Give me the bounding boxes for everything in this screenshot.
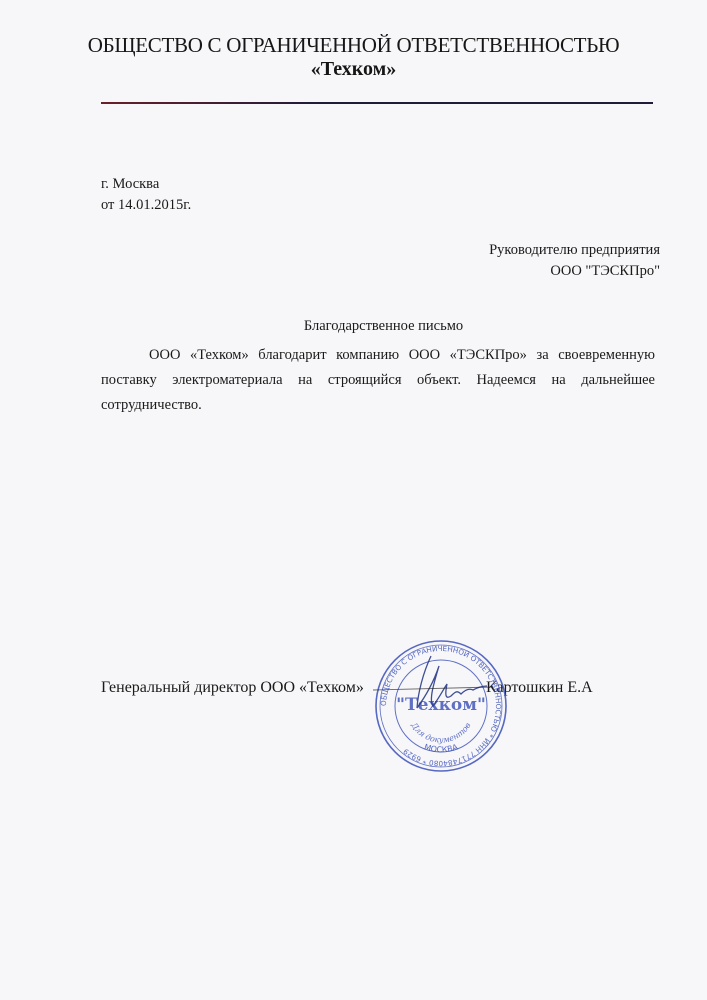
signatory-role: Генеральный директор ООО «Техком» xyxy=(101,679,364,697)
addressee-position: Руководителю предприятия xyxy=(489,240,660,261)
letter-body: ООО «Техком» благодарит компанию ООО «ТЭ… xyxy=(101,343,655,418)
addressee-block: Руководителю предприятия ООО "ТЭСКПро" xyxy=(489,240,660,282)
addressee-company: ООО "ТЭСКПро" xyxy=(489,261,660,282)
header-divider xyxy=(101,102,653,104)
company-name: «Техком» xyxy=(0,58,707,81)
company-stamp: ОБЩЕСТВО С ОГРАНИЧЕННОЙ ОТВЕТСТВЕННОСТЬЮ… xyxy=(373,638,509,774)
stamp-center-text: "Техком" xyxy=(396,695,486,715)
letter-page: ОБЩЕСТВО С ОГРАНИЧЕННОЙ ОТВЕТСТВЕННОСТЬЮ… xyxy=(0,0,707,1000)
svg-text:Для документов: Для документов xyxy=(409,720,473,744)
company-legal-form: ОБЩЕСТВО С ОГРАНИЧЕННОЙ ОТВЕТСТВЕННОСТЬЮ xyxy=(0,33,707,58)
letter-title: Благодарственное письмо xyxy=(0,318,707,335)
letter-city: г. Москва xyxy=(101,176,159,193)
stamp-icon: ОБЩЕСТВО С ОГРАНИЧЕННОЙ ОТВЕТСТВЕННОСТЬЮ… xyxy=(373,638,509,774)
letter-date: от 14.01.2015г. xyxy=(101,197,191,214)
